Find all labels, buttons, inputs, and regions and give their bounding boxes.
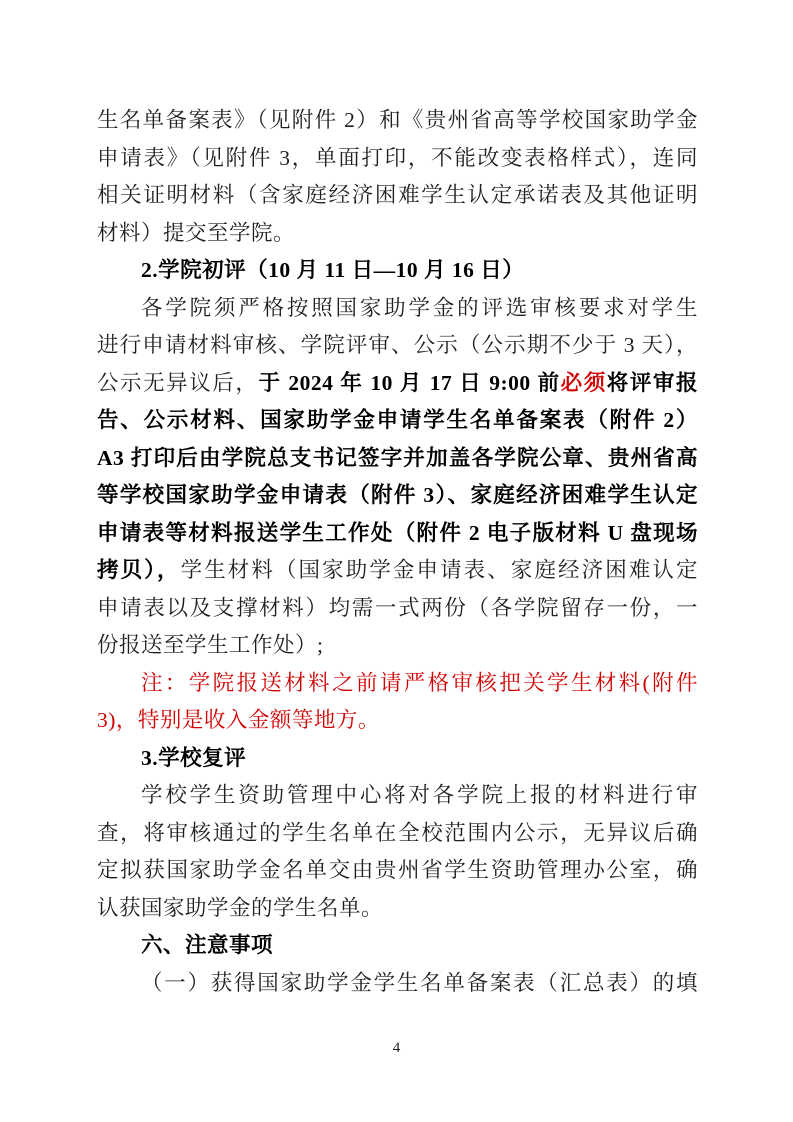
body-line: 公示无异议后，于 2024 年 10 月 17 日 9:00 前必须将评审报 — [97, 365, 698, 403]
body-text: 进行申请材料审核、学院评审、公示（公示期不少于 3 天）， — [97, 333, 698, 357]
body-text: 定拟获国家助学金名单交由贵州省学生资助管理办公室，确 — [97, 858, 698, 882]
bold-text: 拷贝）， — [97, 558, 181, 582]
bold-text: 将评审报 — [607, 371, 698, 395]
body-line: 各学院须严格按照国家助学金的评选审核要求对学生 — [97, 290, 698, 328]
heading-6-notes: 六、注意事项 — [97, 927, 698, 965]
bold-text: 申请表等材料报送学生工作处（附件 2 电子版材料 U 盘现场 — [97, 521, 698, 545]
emphasis-red-text: 必须 — [561, 371, 607, 395]
body-text: 查，将审核通过的学生名单在全校范围内公示，无异议后确 — [97, 821, 698, 845]
emphasis-red-text: 3)，特别是收入金额等地方。 — [97, 708, 380, 732]
body-line: 申请表等材料报送学生工作处（附件 2 电子版材料 U 盘现场 — [97, 515, 698, 553]
body-line: 告、公示材料、国家助学金申请学生名单备案表（附件 2） — [97, 402, 698, 440]
heading-2-college-initial-review: 2.学院初评（10 月 11 日—10 月 16 日） — [97, 252, 698, 290]
page-number: 4 — [0, 1036, 793, 1060]
body-line: 生名单备案表》（见附件 2）和《贵州省高等学校国家助学金 — [97, 102, 698, 140]
body-line: 等学校国家助学金申请表（附件 3）、家庭经济困难学生认定 — [97, 477, 698, 515]
bold-text: 3.学校复评 — [141, 746, 246, 770]
body-line: 进行申请材料审核、学院评审、公示（公示期不少于 3 天）， — [97, 327, 698, 365]
body-text: 学生材料（国家助学金申请表、家庭经济困难认定 — [181, 558, 698, 582]
body-text: 生名单备案表》（见附件 2）和《贵州省高等学校国家助学金 — [97, 108, 698, 132]
bold-text: 2.学院初评（10 月 11 日—10 月 16 日） — [141, 258, 524, 282]
body-text: 申请表以及支撑材料）均需一式两份（各学院留存一份，一 — [97, 596, 698, 620]
body-text: 材料）提交至学院。 — [97, 221, 295, 245]
body-text: 公示无异议后， — [97, 371, 258, 395]
document-page: 生名单备案表》（见附件 2）和《贵州省高等学校国家助学金申请表》（见附件 3，单… — [0, 0, 793, 1122]
body-line: 拷贝），学生材料（国家助学金申请表、家庭经济困难认定 — [97, 552, 698, 590]
heading-3-school-review: 3.学校复评 — [97, 740, 698, 778]
body-line: （一）获得国家助学金学生名单备案表（汇总表）的填 — [97, 965, 698, 1003]
body-line: 定拟获国家助学金名单交由贵州省学生资助管理办公室，确 — [97, 852, 698, 890]
document-body: 生名单备案表》（见附件 2）和《贵州省高等学校国家助学金申请表》（见附件 3，单… — [97, 102, 698, 1002]
body-line: 材料）提交至学院。 — [97, 215, 698, 253]
body-text: 申请表》（见附件 3，单面打印，不能改变表格样式），连同 — [97, 146, 698, 170]
body-text: 份报送至学生工作处）; — [97, 633, 323, 657]
bold-text: A3 打印后由学院总支书记签字并加盖各学院公章、贵州省高 — [97, 446, 698, 470]
body-line: 申请表》（见附件 3，单面打印，不能改变表格样式），连同 — [97, 140, 698, 178]
bold-text: 等学校国家助学金申请表（附件 3）、家庭经济困难学生认定 — [97, 483, 698, 507]
body-text: （一）获得国家助学金学生名单备案表（汇总表）的填 — [141, 971, 698, 995]
body-line: 相关证明材料（含家庭经济困难学生认定承诺表及其他证明 — [97, 177, 698, 215]
note-line: 注：学院报送材料之前请严格审核把关学生材料(附件 — [97, 665, 698, 703]
body-text: 认获国家助学金的学生名单。 — [97, 896, 383, 920]
bold-text: 于 2024 年 10 月 17 日 9:00 前 — [258, 371, 560, 395]
body-line: 学校学生资助管理中心将对各学院上报的材料进行审 — [97, 777, 698, 815]
emphasis-red-text: 注：学院报送材料之前请严格审核把关学生材料(附件 — [141, 671, 698, 695]
body-text: 相关证明材料（含家庭经济困难学生认定承诺表及其他证明 — [97, 183, 698, 207]
body-text: 学校学生资助管理中心将对各学院上报的材料进行审 — [141, 783, 698, 807]
body-line: 认获国家助学金的学生名单。 — [97, 890, 698, 928]
body-line: 申请表以及支撑材料）均需一式两份（各学院留存一份，一 — [97, 590, 698, 628]
body-line: A3 打印后由学院总支书记签字并加盖各学院公章、贵州省高 — [97, 440, 698, 478]
body-line: 份报送至学生工作处）; — [97, 627, 698, 665]
body-text: 各学院须严格按照国家助学金的评选审核要求对学生 — [141, 296, 698, 320]
bold-text: 六、注意事项 — [141, 933, 273, 957]
body-line: 查，将审核通过的学生名单在全校范围内公示，无异议后确 — [97, 815, 698, 853]
bold-text: 告、公示材料、国家助学金申请学生名单备案表（附件 2） — [97, 408, 698, 432]
note-line: 3)，特别是收入金额等地方。 — [97, 702, 698, 740]
